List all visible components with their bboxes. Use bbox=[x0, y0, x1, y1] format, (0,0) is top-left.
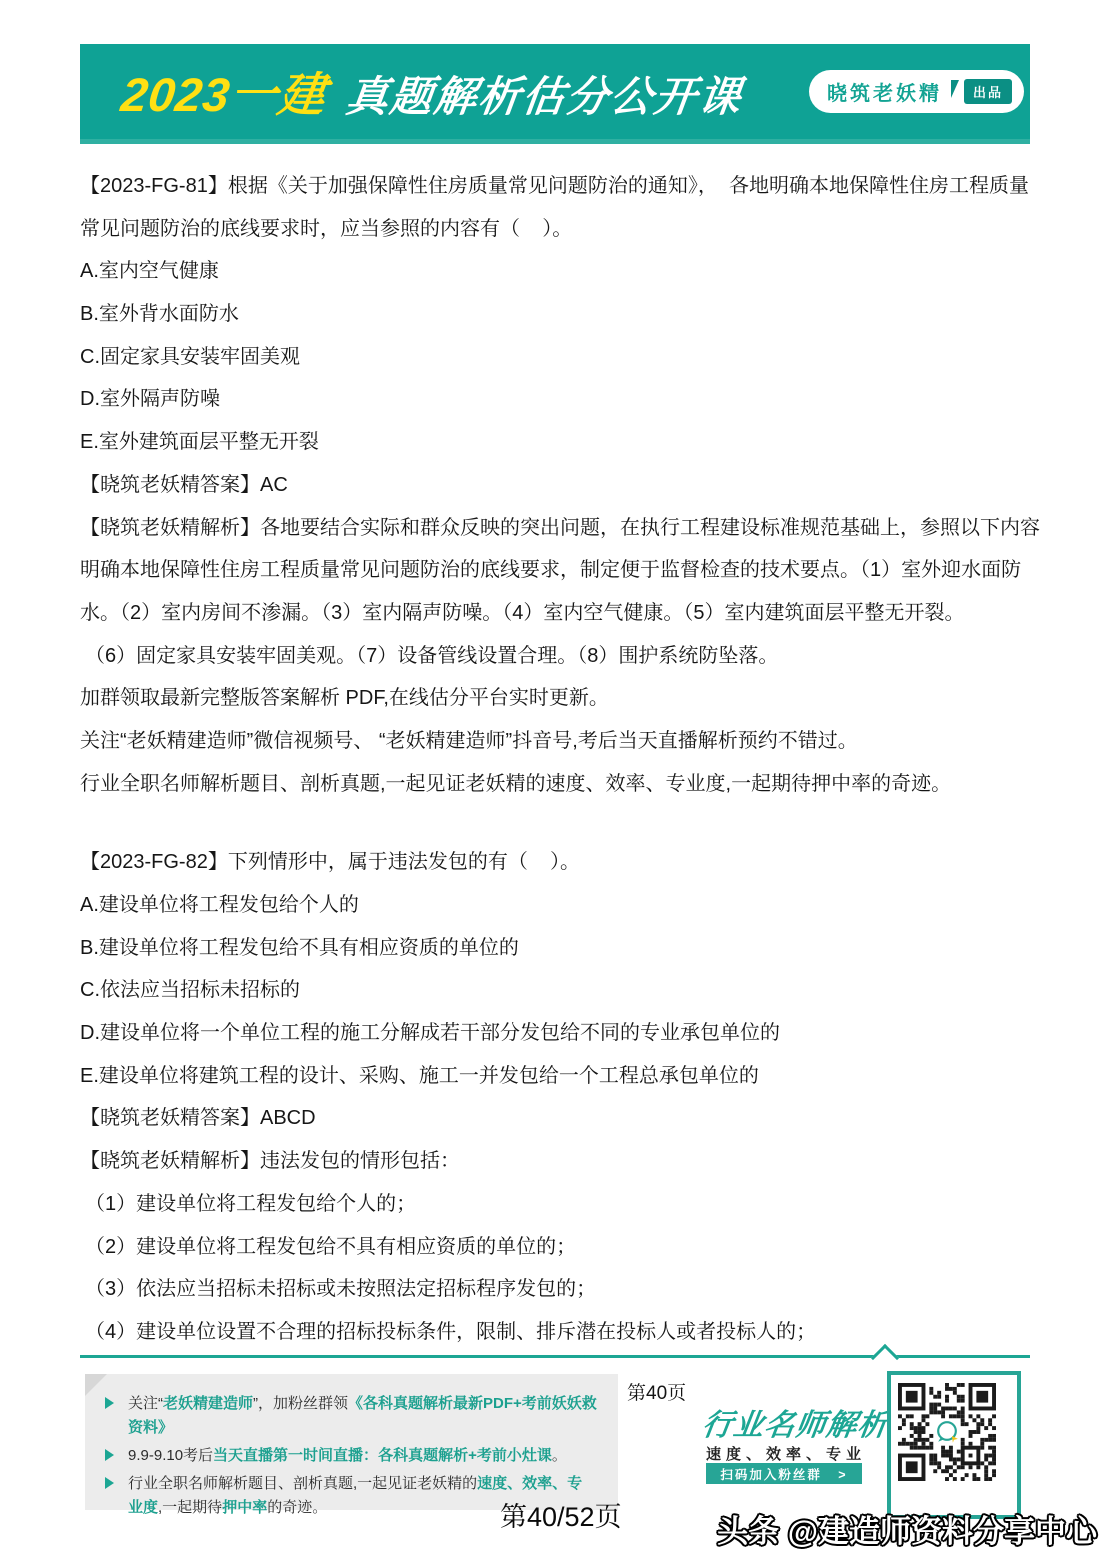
body-line: （3）依法应当招标未招标或未按照法定招标程序发包的； bbox=[80, 1268, 1024, 1311]
body-line: 【2023-FG-82】下列情形中，属于违法发包的有（ ）。 bbox=[80, 841, 1024, 884]
plain-text: 行业全职名师解析题目、剖析真题,一起见证老妖精的 bbox=[128, 1475, 477, 1492]
folded-corner bbox=[85, 1374, 107, 1396]
body-line: A.建设单位将工程发包给个人的 bbox=[80, 884, 1024, 927]
body-line: 【晓筑老妖精解析】违法发包的情形包括： bbox=[80, 1140, 1024, 1183]
highlighted-text: 老妖精建造师 bbox=[163, 1395, 253, 1412]
document-page: 2023一建 真题解析估分公开课 晓筑老妖精 出品 【2023-FG-81】根据… bbox=[0, 0, 1102, 1559]
plain-text: 关注“ bbox=[128, 1395, 163, 1412]
banner-year-title: 2023一建 bbox=[118, 68, 329, 121]
body-line: 加群领取最新完整版答案解析 PDF,在线估分平台实时更新。 bbox=[80, 677, 1024, 720]
header-banner: 2023一建 真题解析估分公开课 晓筑老妖精 出品 bbox=[80, 44, 1030, 144]
body-line: 【晓筑老妖精解析】各地要结合实际和群众反映的突出问题，在执行工程建设标准规范基础… bbox=[80, 507, 1024, 550]
body-line: 常见问题防治的底线要求时，应当参照的内容有（ ）。 bbox=[80, 208, 1024, 251]
highlighted-text: 当天直播第一时间直播： bbox=[213, 1447, 378, 1464]
plain-text: 9.9-9.10考后 bbox=[128, 1447, 213, 1464]
watermark-text: 头条 @建造师资料分享中心 bbox=[717, 1506, 1097, 1551]
body-line: A.室内空气健康 bbox=[80, 250, 1024, 293]
plain-text: ”，加粉丝群领 bbox=[253, 1395, 348, 1412]
document-body: 【2023-FG-81】根据《关于加强保障性住房质量常见问题防治的通知》， 各地… bbox=[80, 165, 1024, 1354]
highlighted-text: 各科真题解析+考前小灶课 bbox=[378, 1447, 552, 1464]
body-line: C.依法应当招标未招标的 bbox=[80, 969, 1024, 1012]
body-line: 行业全职名师解析题目、剖析真题,一起见证老妖精的速度、效率、专业度,一起期待押中… bbox=[80, 763, 1024, 806]
footer-divider bbox=[80, 1355, 1030, 1358]
brand-name: 晓筑老妖精 bbox=[827, 77, 942, 106]
body-line: （1）建设单位将工程发包给个人的； bbox=[80, 1183, 1024, 1226]
page-number-big: 第40/52页 bbox=[500, 1495, 622, 1534]
plain-text: ,一起期待 bbox=[158, 1499, 222, 1516]
promo-bullet: 9.9-9.10考后当天直播第一时间直播：各科真题解析+考前小灶课。 bbox=[105, 1444, 597, 1468]
body-line: E.室外建筑面层平整无开裂 bbox=[80, 421, 1024, 464]
produced-by-badge: 出品 bbox=[964, 79, 1012, 104]
body-line: 关注“老妖精建造师”微信视频号、 “老妖精建造师”抖音号,考后当天直播解析预约不… bbox=[80, 720, 1024, 763]
body-line: 【2023-FG-81】根据《关于加强保障性住房质量常见问题防治的通知》， 各地… bbox=[80, 165, 1024, 208]
footer-promo-box: 关注“老妖精建造师”，加粉丝群领《各科真题解析最新PDF+考前妖妖救资料》 9.… bbox=[85, 1374, 618, 1510]
banner-course-title: 真题解析估分公开课 bbox=[344, 73, 746, 120]
body-line: D.室外隔声防噪 bbox=[80, 378, 1024, 421]
highlighted-text: 押中率 bbox=[222, 1499, 267, 1516]
body-line: （6）固定家具安装牢固美观。（7）设备管线设置合理。（8）围护系统防坠落。 bbox=[80, 635, 1024, 678]
banner-title: 2023一建 真题解析估分公开课 bbox=[118, 58, 747, 125]
plain-text: 。 bbox=[552, 1447, 567, 1464]
qr-code-image bbox=[898, 1383, 996, 1481]
promo-bullet: 关注“老妖精建造师”，加粉丝群领《各科真题解析最新PDF+考前妖妖救资料》 bbox=[105, 1392, 597, 1440]
body-line: 【晓筑老妖精答案】ABCD bbox=[80, 1097, 1024, 1140]
body-line: C.固定家具安装牢固美观 bbox=[80, 336, 1024, 379]
bullet-arrow-icon bbox=[105, 1449, 114, 1461]
body-line: B.室外背水面防水 bbox=[80, 293, 1024, 336]
bullet-text: 关注“老妖精建造师”，加粉丝群领《各科真题解析最新PDF+考前妖妖救资料》 bbox=[128, 1395, 597, 1436]
plain-text: 的奇迹。 bbox=[267, 1499, 327, 1516]
body-line: 【晓筑老妖精答案】AC bbox=[80, 464, 1024, 507]
qr-code bbox=[887, 1371, 1021, 1519]
bullet-text: 9.9-9.10考后当天直播第一时间直播：各科真题解析+考前小灶课。 bbox=[128, 1447, 567, 1464]
join-fans-group-button[interactable]: 扫码加入粉丝群 > bbox=[706, 1463, 862, 1484]
bullet-arrow-icon bbox=[105, 1477, 114, 1489]
promo-subtitle: 速度、效率、专业 bbox=[706, 1443, 866, 1464]
body-line: E.建设单位将建筑工程的设计、采购、施工一并发包给一个工程总承包单位的 bbox=[80, 1055, 1024, 1098]
flag-icon bbox=[951, 80, 959, 98]
body-line: 水。（2）室内房间不渗漏。（3）室内隔声防噪。（4）室内空气健康。（5）室内建筑… bbox=[80, 592, 1024, 635]
bullet-arrow-icon bbox=[105, 1397, 114, 1409]
body-line: D.建设单位将一个单位工程的施工分解成若干部分发包给不同的专业承包单位的 bbox=[80, 1012, 1024, 1055]
body-line: 明确本地保障性住房工程质量常见问题防治的底线要求，制定便于监督检查的技术要点。（… bbox=[80, 549, 1024, 592]
body-line: B.建设单位将工程发包给不具有相应资质的单位的 bbox=[80, 927, 1024, 970]
brand-pill: 晓筑老妖精 出品 bbox=[809, 70, 1024, 113]
promo-title: 行业名师解析 bbox=[700, 1400, 892, 1444]
page-number-small: 第40页 bbox=[627, 1378, 686, 1405]
body-line: （2）建设单位将工程发包给不具有相应资质的单位的； bbox=[80, 1226, 1024, 1269]
